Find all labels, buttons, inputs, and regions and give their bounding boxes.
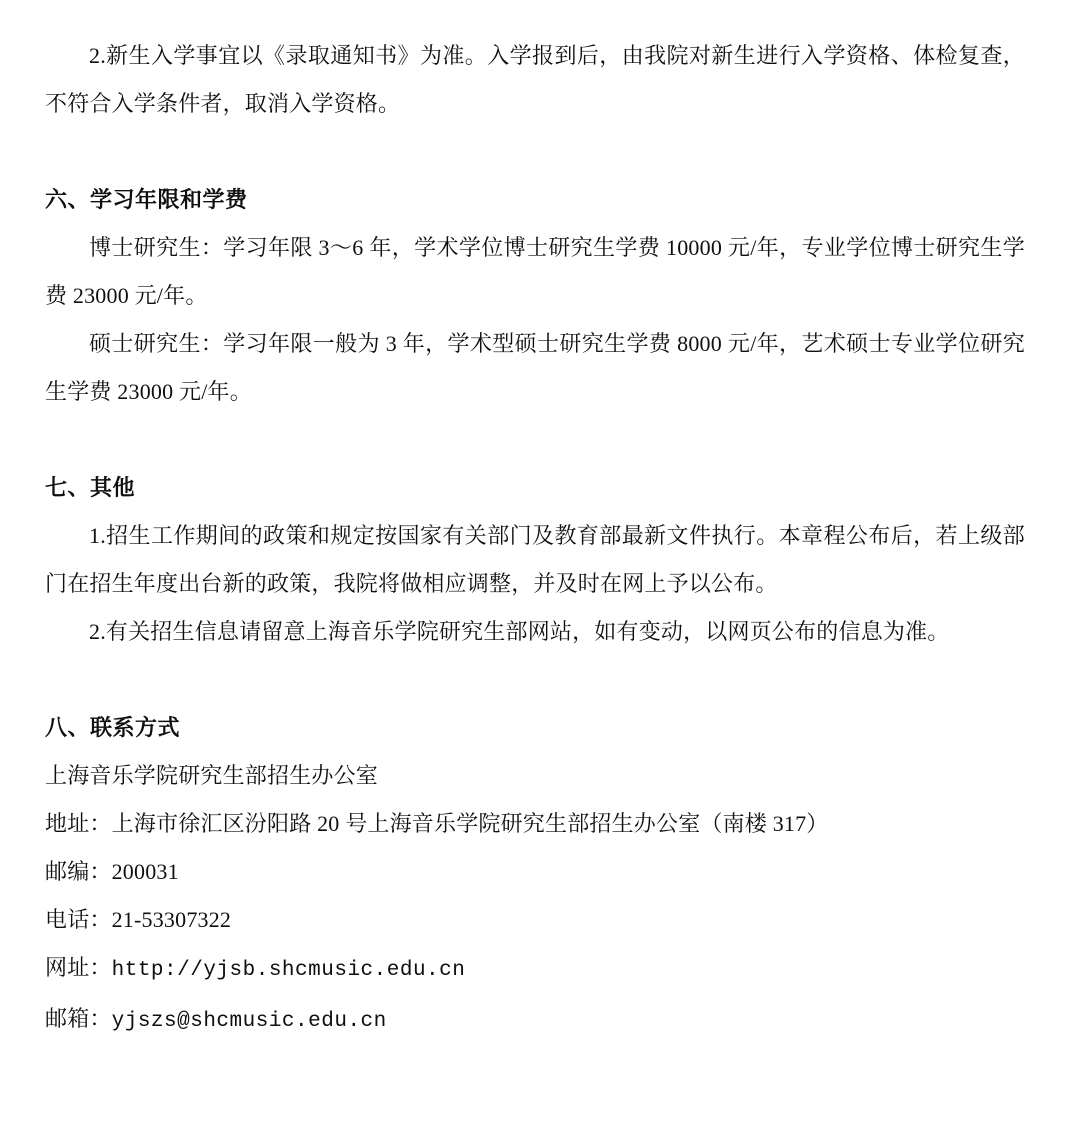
- para-policy-adjustment: 1.招生工作期间的政策和规定按国家有关部门及教育部最新文件执行。本章程公布后，若…: [45, 512, 1025, 608]
- contact-email-value: yjszs@shcmusic.edu.cn: [112, 1010, 387, 1033]
- contact-address-line: 地址：上海市徐汇区汾阳路 20 号上海音乐学院研究生部招生办公室（南楼 317）: [45, 800, 1025, 848]
- para-new-student-enrollment: 2.新生入学事宜以《录取通知书》为准。入学报到后，由我院对新生进行入学资格、体检…: [45, 32, 1025, 128]
- contact-phone-label: 电话：: [45, 907, 112, 932]
- document-page: 2.新生入学事宜以《录取通知书》为准。入学报到后，由我院对新生进行入学资格、体检…: [0, 0, 1075, 1139]
- contact-postcode-label: 邮编：: [45, 859, 112, 884]
- contact-email-label: 邮箱：: [45, 1006, 112, 1031]
- contact-office-name: 上海音乐学院研究生部招生办公室: [45, 752, 1025, 800]
- contact-email-line: 邮箱：yjszs@shcmusic.edu.cn: [45, 995, 1025, 1046]
- contact-website-label: 网址：: [45, 955, 112, 980]
- para-masters-tuition: 硕士研究生：学习年限一般为 3 年，学术型硕士研究生学费 8000 元/年，艺术…: [45, 320, 1025, 416]
- section-heading-others: 七、其他: [45, 464, 1025, 512]
- contact-phone-line: 电话：21-53307322: [45, 896, 1025, 944]
- contact-phone-value: 21-53307322: [112, 907, 232, 932]
- para-doctoral-tuition: 博士研究生：学习年限 3～6 年，学术学位博士研究生学费 10000 元/年，专…: [45, 224, 1025, 320]
- contact-address-label: 地址：: [45, 811, 112, 836]
- section-heading-study-duration-tuition: 六、学习年限和学费: [45, 176, 1025, 224]
- contact-address-value: 上海市徐汇区汾阳路 20 号上海音乐学院研究生部招生办公室（南楼 317）: [112, 811, 829, 836]
- para-admission-info-website: 2.有关招生信息请留意上海音乐学院研究生部网站，如有变动，以网页公布的信息为准。: [45, 608, 1025, 656]
- contact-website-value: http://yjsb.shcmusic.edu.cn: [112, 959, 466, 982]
- contact-postcode-line: 邮编：200031: [45, 848, 1025, 896]
- contact-postcode-value: 200031: [112, 859, 179, 884]
- section-heading-contact: 八、联系方式: [45, 704, 1025, 752]
- contact-website-line: 网址：http://yjsb.shcmusic.edu.cn: [45, 944, 1025, 995]
